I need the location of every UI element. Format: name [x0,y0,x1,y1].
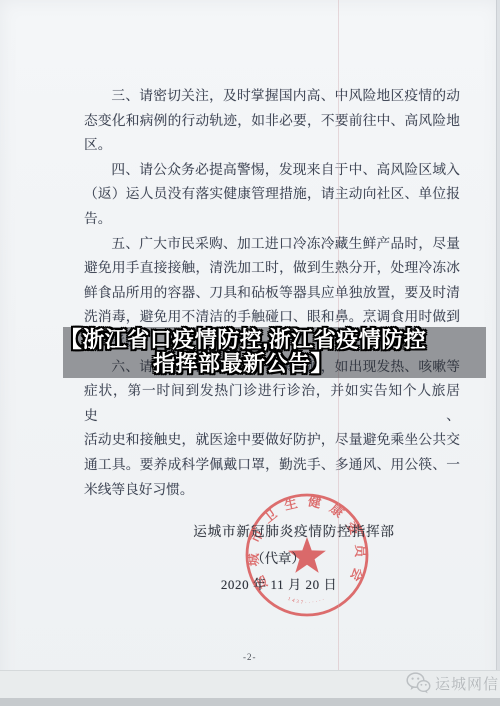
wechat-icon [406,672,431,694]
document-line: 通工具。要养成科学佩戴口罩，勤洗手、多通风、用公筷、一 [84,453,460,478]
paper-right-edge [496,0,500,670]
document-line: 活动史和接触史，就医途中要做好防护，尽量避免乘坐公共交 [84,428,460,453]
notice-body: 三、请密切关注，及时掌握国内高、中风险地区疫情的动 态变化和病例的行动轨迹，如非… [84,84,460,502]
document-line: 告。 [84,207,460,232]
document-line: （返）运人员没有落实健康管理措施，请主动向社区、单位报 [84,182,460,207]
seal-serial: 1437······ [287,597,327,606]
page-number: -2- [243,652,257,662]
signature-seal-note: （代章） [251,548,305,567]
document-line: 避免用手直接接触，清洗加工时，做到生熟分开，处理冷冻冰 [84,256,460,281]
watermark-label: 运城网信 [435,673,499,694]
document-line: 区。 [84,133,460,158]
caption-overlay-title: 【浙江省口疫情防控,浙江省疫情防控 指挥部最新公告】 [3,328,483,375]
document-line: 鲜食品所用的容器、刀具和砧板等器具应单独放置，要及时清 [84,281,460,306]
document-line: 五、广大市民采购、加工进口冷冻冷藏生鲜产品时，尽量 [84,232,460,257]
signature-organization: 运城市新冠肺炎疫情防控指挥部 [193,520,395,540]
document-line: 态变化和病例的行动轨迹，如非必要，不要前往中、高风险地 [84,109,460,134]
signature-date: 2020 年 11 月 20 日 [221,574,337,593]
photo-bottom-strip [0,698,500,706]
document-line: 三、请密切关注，及时掌握国内高、中风险地区疫情的动 [84,84,460,109]
caption-line-2: 指挥部最新公告】 [3,352,483,376]
document-line: 症状，第一时间到发热门诊进行诊治，并如实告知个人旅居史、 [84,379,460,428]
document-line: 四、请公众务必提高警惕，发现来自于中、高风险区域入 [84,158,460,183]
caption-line-1: 【浙江省口疫情防控,浙江省疫情防控 [3,328,483,352]
scanned-notice-photo: 三、请密切关注，及时掌握国内高、中风险地区疫情的动 态变化和病例的行动轨迹，如非… [0,0,500,706]
watermark: 运城网信 [406,672,499,694]
